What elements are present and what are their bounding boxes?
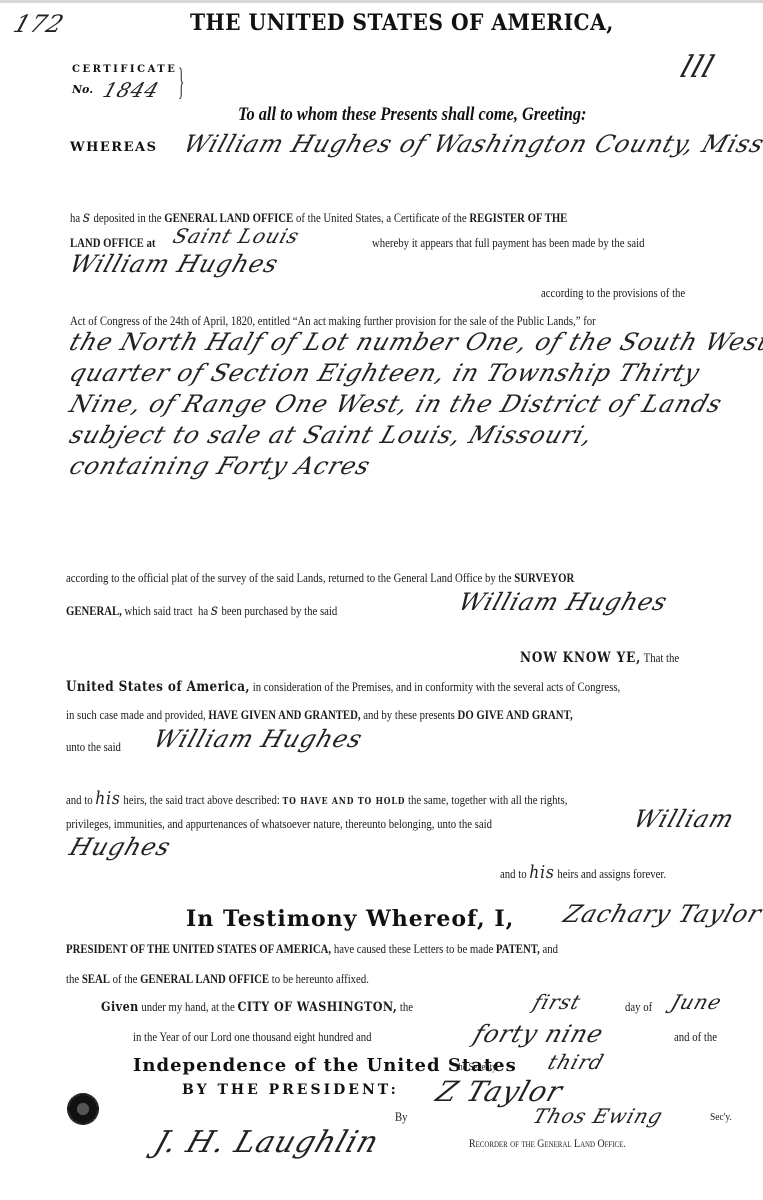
certificate-brace: } xyxy=(178,60,184,104)
land-office-at: LAND OFFICE at xyxy=(70,236,155,250)
land-description-line-4: subject to sale at Saint Louis, Missouri… xyxy=(66,421,597,449)
such-case-text: in such case made and provided, xyxy=(66,708,206,722)
and-text: and xyxy=(542,942,558,956)
and-of-the-text: and of the xyxy=(674,1030,717,1045)
and-to-text-2: and to xyxy=(500,867,527,881)
testimony-line2: the SEAL of the GENERAL LAND OFFICE to b… xyxy=(66,972,369,987)
land-description-line-1: the North Half of Lot number One, of the… xyxy=(66,328,763,356)
usa-text: United States of America, xyxy=(66,679,250,695)
heirs-tract-text: heirs, the said tract above described: xyxy=(123,793,279,807)
general-land-office-seal xyxy=(67,1093,99,1125)
whereas-label: WHEREAS xyxy=(70,140,157,155)
given-granted-text: HAVE GIVEN AND GRANTED, xyxy=(208,708,360,722)
given-label: Given xyxy=(101,1000,139,1015)
para3-line1: United States of America, in considerati… xyxy=(66,679,620,695)
that-the-text: That the xyxy=(644,651,680,665)
surveyor-text: SURVEYOR xyxy=(514,571,574,585)
by-the-president: BY THE PRESIDENT: xyxy=(182,1082,399,1098)
his-handwritten-2: his xyxy=(529,862,554,883)
and-by-text: and by these presents xyxy=(363,708,455,722)
testimony-heading: In Testimony Whereof, I, xyxy=(186,906,514,932)
year-handwritten: forty nine xyxy=(470,1020,608,1048)
para4-line1: and to his heirs, the said tract above d… xyxy=(66,788,567,809)
ha-fill: s xyxy=(83,207,91,226)
general-text: GENERAL, xyxy=(66,604,122,618)
the-seventy-text: the Seventy xyxy=(456,1062,496,1073)
ha-text-2: ha xyxy=(198,604,208,618)
by-text: By xyxy=(395,1110,408,1125)
year-text: in the Year of our Lord one thousand eig… xyxy=(133,1030,372,1045)
land-office-location: Saint Louis xyxy=(170,224,303,248)
given-line: Given under my hand, at the CITY OF WASH… xyxy=(101,1000,413,1015)
para3-line2: in such case made and provided, HAVE GIV… xyxy=(66,708,573,723)
caused-text: have caused these Letters to be made xyxy=(334,942,493,956)
para4-last-line: and to his heirs and assigns forever. xyxy=(500,862,666,883)
testimony-line1: PRESIDENT OF THE UNITED STATES OF AMERIC… xyxy=(66,942,558,957)
para2-line2: GENERAL, which said tract ha s been purc… xyxy=(66,600,337,619)
land-description-line-3: Nine, of Range One West, in the District… xyxy=(66,390,726,418)
certificate-label: CERTIFICATE xyxy=(72,64,177,75)
given-the-text: the xyxy=(400,1000,413,1014)
greeting: To all to whom these Presents shall come… xyxy=(238,104,586,126)
grantee-last-handwritten: Hughes xyxy=(66,833,175,861)
grantee-handwritten-2: William Hughes xyxy=(455,588,671,616)
deposited-text: deposited in the xyxy=(93,211,161,225)
unto-said-text: unto the said xyxy=(66,740,121,755)
ha-fill-2: s xyxy=(211,600,219,619)
consideration-text: in consideration of the Premises, and in… xyxy=(253,680,621,694)
para1-line1: ha s deposited in the GENERAL LAND OFFIC… xyxy=(70,207,567,226)
register-text: REGISTER OF THE xyxy=(469,211,567,225)
month-handwritten: June xyxy=(668,990,725,1014)
his-handwritten: his xyxy=(95,788,120,809)
certificate-number-label: No. xyxy=(72,83,93,96)
grantee-handwritten-3: William Hughes xyxy=(150,725,366,753)
of-the-text: of the xyxy=(113,972,138,986)
scan-top-border xyxy=(0,0,763,3)
para1-line2: LAND OFFICE at xyxy=(70,236,155,251)
independence-year-handwritten: third xyxy=(545,1050,607,1074)
president-name-handwritten: Zachary Taylor xyxy=(560,900,763,928)
secretary-signature: Thos Ewing xyxy=(530,1104,666,1128)
margin-number: 172 xyxy=(10,10,68,38)
glo-text: GENERAL LAND OFFICE xyxy=(164,211,293,225)
now-know-ye: NOW KNOW YE, xyxy=(520,650,641,666)
grantee-first-handwritten: William xyxy=(630,805,738,833)
and-to-text: and to xyxy=(66,793,93,807)
the-same-text: the same, together with all the rights, xyxy=(408,793,567,807)
seal-text: SEAL xyxy=(82,972,110,986)
the-text: the xyxy=(66,972,79,986)
patent-text: PATENT, xyxy=(496,942,540,956)
ha-text: ha xyxy=(70,211,80,225)
recorder-signature: J. H. Laughlin xyxy=(150,1125,384,1160)
secy-text: Sec'y. xyxy=(710,1111,732,1123)
privileges-text: privileges, immunities, and appurtenance… xyxy=(66,817,492,832)
do-give-text: DO GIVE AND GRANT, xyxy=(458,708,573,722)
glo-text-2: GENERAL LAND OFFICE xyxy=(140,972,269,986)
act-text: Act of Congress of the 24th of April, 18… xyxy=(70,314,596,329)
president-line: PRESIDENT OF THE UNITED STATES OF AMERIC… xyxy=(66,942,331,956)
under-hand-text: under my hand, at the xyxy=(141,1000,234,1014)
grantee-handwritten-1: William Hughes xyxy=(66,250,282,278)
para2-line1: according to the official plat of the su… xyxy=(66,571,574,586)
heirs-assigns-text: heirs and assigns forever. xyxy=(557,867,666,881)
grantee-full-handwritten: William Hughes of Washington County, Mis… xyxy=(180,130,763,158)
certificate-number: 1844 xyxy=(100,78,163,102)
according-plat-text: according to the official plat of the su… xyxy=(66,571,512,585)
whereby-text: whereby it appears that full payment has… xyxy=(372,236,645,251)
land-description-line-2: quarter of Section Eighteen, in Township… xyxy=(66,359,704,387)
city-text: CITY OF WASHINGTON, xyxy=(238,1000,398,1015)
which-said-text: which said tract xyxy=(125,604,193,618)
day-of-text: day of xyxy=(625,1000,652,1015)
of-us-text: of the United States, a Certificate of t… xyxy=(296,211,467,225)
affixed-text: to be hereunto affixed. xyxy=(272,972,369,986)
according-text: according to the provisions of the xyxy=(541,286,685,301)
document-title: THE UNITED STATES OF AMERICA, xyxy=(190,10,614,36)
day-handwritten: first xyxy=(530,990,584,1014)
land-description-line-5: containing Forty Acres xyxy=(66,452,375,480)
corner-initials: lll xyxy=(676,50,719,85)
purchased-text: been purchased by the said xyxy=(221,604,337,618)
to-have-text: TO HAVE AND TO HOLD xyxy=(283,797,406,807)
now-know-ye-line: NOW KNOW YE, That the xyxy=(520,650,679,666)
recorder-title: Recorder of the General Land Office. xyxy=(469,1138,626,1150)
